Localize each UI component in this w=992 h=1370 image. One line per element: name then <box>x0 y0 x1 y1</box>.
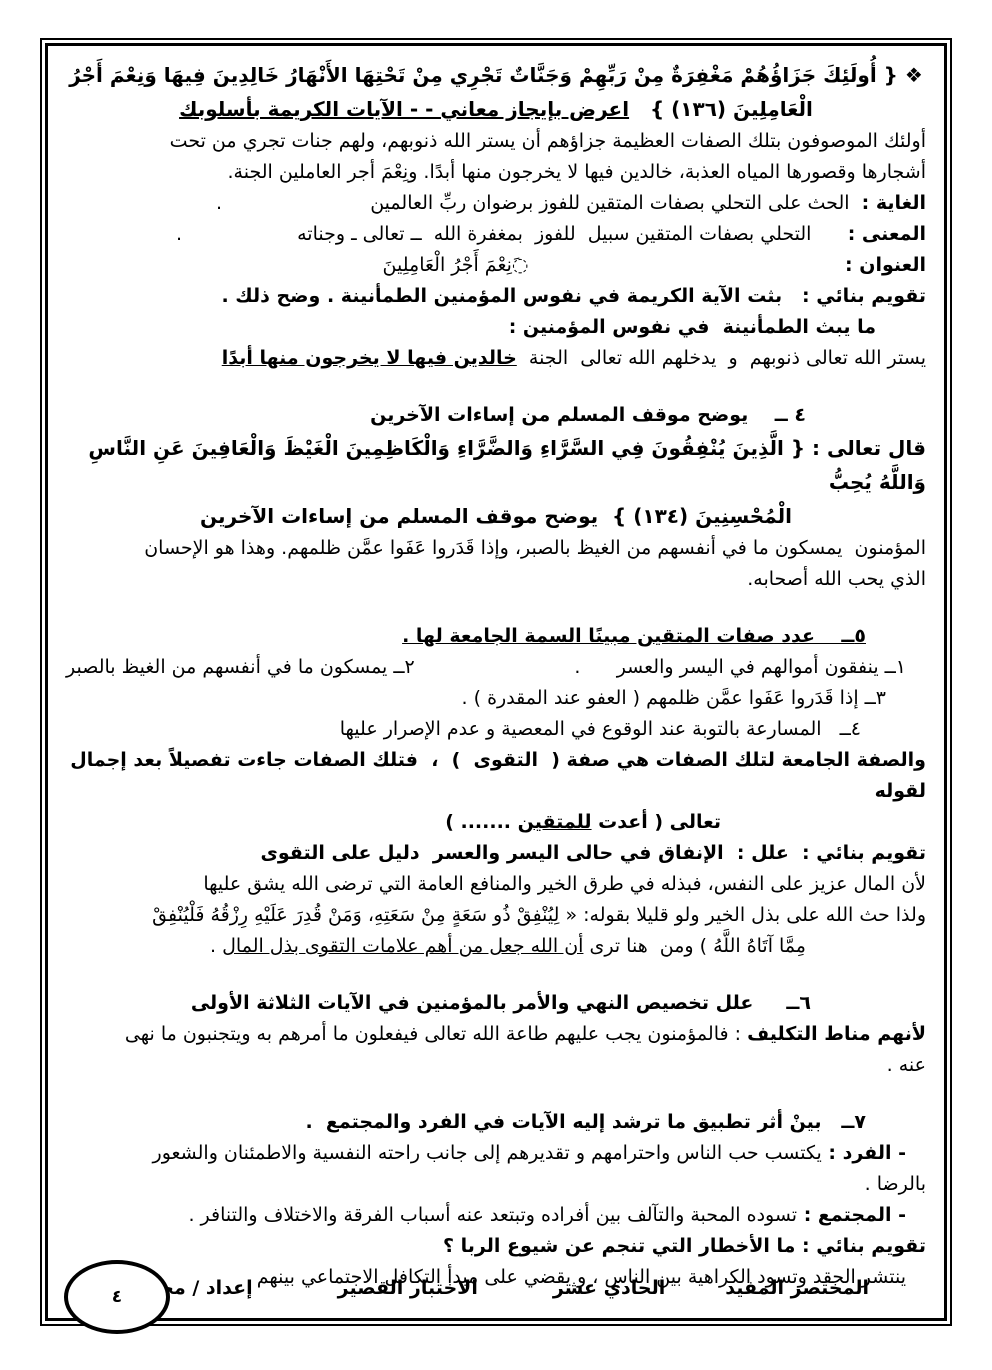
meaning-text: التحلي بصفات المتقين سبيل للفوز بمغفرة ا… <box>297 219 848 250</box>
question4-answer-line1: المؤمنون يمسكون ما في أنفسهم من الغيظ با… <box>66 533 926 564</box>
title-text: ◌َنِعْمَ أَجْرُ الْعَامِلِينَ <box>66 250 845 281</box>
trait-item-3: ٣ــ إذا قَدَروا عَفَوا عمَّن ظلمهم ( الع… <box>66 683 886 714</box>
constructive-eval-1: تقويم بنائي : بثت الآية الكريمة في نفوس … <box>66 281 926 312</box>
reassurance-answer: يستر الله تعالى ذنوبهم و يدخلهم الله تعا… <box>66 343 926 374</box>
title-label: العنوان : <box>845 250 926 281</box>
question7-heading: ٧ــ بينْ أثر تطبيق ما ترشد إليه الآيات ف… <box>66 1107 866 1138</box>
society-label: - المجتمع : <box>797 1204 906 1226</box>
question6-lead: لأنهم مناط التكليف <box>747 1023 926 1045</box>
question6-heading: ٦ــ علل تخصيص النهي والأمر بالمؤمنين في … <box>66 988 811 1019</box>
meaning-line: المعنى : التحلي بصفات المتقين سبيل للفوز… <box>66 219 926 250</box>
individual-effect-line2: بالرضا . <box>66 1169 926 1200</box>
summary-underlined: للمتقين <box>518 811 592 833</box>
answer-text: يستر الله تعالى ذنوبهم و يدخلهم الله تعا… <box>517 347 926 369</box>
meaning-period: . <box>176 219 182 250</box>
verse-explanation-line1: أولئك الموصوفون بتلك الصفات العظيمة جزاؤ… <box>66 126 926 157</box>
society-effect-line: - المجتمع : تسوده المحبة والتآلف بين أفر… <box>66 1200 906 1231</box>
hadith-end: مِمَّا آتَاهُ اللَّهُ ) ومن هنا ترى <box>583 935 806 957</box>
goal-text: الحث على التحلي بصفات المتقين للفوز برضو… <box>370 188 861 219</box>
constructive-eval-3: تقويم بنائي : ما الأخطار التي تنجم عن شي… <box>66 1231 926 1262</box>
question4-heading: ٤ ــ يوضح موقف المسلم من إساءات الآخرين <box>66 400 806 431</box>
society-text: تسوده المحبة والتآلف بين أفراده وتبتعد ع… <box>188 1204 797 1226</box>
verse-text: { أُولَئِكَ جَزَاؤُهُمْ مَغْفِرَةٌ مِنْ … <box>69 63 898 87</box>
title-line: العنوان : ◌َنِعْمَ أَجْرُ الْعَامِلِينَ <box>66 250 926 281</box>
constructive-eval-2: تقويم بنائي : علل : الإنفاق في حالى اليس… <box>66 838 926 869</box>
footer-grade: الحادي عشر <box>553 1277 665 1299</box>
footer-book-title: المختصر المفيد <box>725 1277 869 1299</box>
page-number: ٤ <box>112 1287 122 1307</box>
unifying-trait-line1: والصفة الجامعة لتلك الصفات هي صفة ( التق… <box>66 745 926 807</box>
question6-answer-line2: عنه . <box>66 1050 926 1081</box>
quran-verse-136-line2: الْعَامِلِينَ (١٣٦) } اعرض بإيجاز معاني … <box>66 92 926 126</box>
goal-line: الغاية : الحث على التحلي بصفات المتقين ل… <box>66 188 926 219</box>
unifying-trait-line2: تعالى ( أعدت للمتقين ....... ) <box>66 807 721 838</box>
question4-answer-line2: الذي يحب الله أصحابه. <box>66 564 926 595</box>
goal-period: . <box>216 188 222 219</box>
conclusion-period: . <box>210 935 222 957</box>
trait-item-2: ٢ــ يمسكون ما في أنفسهم من الغيظ بالصبر <box>66 652 415 683</box>
question5-heading: ٥ــ عدد صفات المتقين مبينًا السمة الجامع… <box>66 621 866 652</box>
document-content: ❖ { أُولَئِكَ جَزَاؤُهُمْ مَغْفِرَةٌ مِن… <box>48 46 944 1293</box>
quran-verse-136-line1: ❖ { أُولَئِكَ جَزَاؤُهُمْ مَغْفِرَةٌ مِن… <box>66 58 926 92</box>
reassurance-question: ما يبث الطمأنينة في نفوس المؤمنين : <box>66 312 876 343</box>
goal-label: الغاية : <box>862 188 926 219</box>
quran-verse-134-line1: قال تعالى : { الَّذِينَ يُنْفِقُونَ فِي … <box>66 431 926 499</box>
question5-heading-text: ٥ــ عدد صفات المتقين مبينًا السمة الجامع… <box>402 625 866 647</box>
individual-text: يكتسب حب الناس واحترامهم و تقديرهم إلى ج… <box>153 1142 822 1164</box>
individual-label: - الفرد : <box>822 1142 906 1164</box>
summary-post: ....... ) <box>445 811 517 833</box>
question5-answer-line1: لأن المال عزيز على النفس، فبذله في طرق ا… <box>66 869 926 900</box>
page-border-inner: ❖ { أُولَئِكَ جَزَاؤُهُمْ مَغْفِرَةٌ مِن… <box>45 43 947 1321</box>
meaning-label: المعنى : <box>848 219 926 250</box>
page-border-outer: ❖ { أُولَئِكَ جَزَاؤُهُمْ مَغْفِرَةٌ مِن… <box>40 38 952 1326</box>
trait-item-1: ١ــ ينفقون أموالهم في اليسر والعسر . <box>574 652 906 683</box>
individual-effect-line1: - الفرد : يكتسب حب الناس واحترامهم و تقد… <box>66 1138 906 1169</box>
worksheet-page: { "intro": { "bullet": "❖", "verse_l1": … <box>0 0 992 1370</box>
question5-answer-line3: مِمَّا آتَاهُ اللَّهُ ) ومن هنا ترى أن ا… <box>66 931 806 962</box>
verse-explanation-line2: أشجارها وقصورها المياه العذبة، خالدين في… <box>66 157 926 188</box>
footer-exam-type: الاختبار القصير <box>338 1277 478 1299</box>
page-footer: المختصر المفيد الحادي عشر الاختبار القصي… <box>48 1268 944 1308</box>
question6-answer-line1: لأنهم مناط التكليف : فالمؤمنون يجب عليهم… <box>66 1019 926 1050</box>
summary-pre: تعالى ( أعدت <box>592 811 721 833</box>
quran-verse-134-line2: الْمُحْسِنِينَ (١٣٤) } يوضح موقف المسلم … <box>66 499 926 533</box>
question5-answer-line2: ولذا حث الله على بذل الخير ولو قليلا بقو… <box>66 900 926 931</box>
answer-underlined: خالدين فيها لا يخرجون منها أبدًا <box>222 347 517 369</box>
page-number-badge: ٤ <box>64 1260 170 1334</box>
taqwa-conclusion-underlined: أن الله جعل من أهم علامات التقوى بذل الم… <box>222 935 583 957</box>
verse-end: الْعَامِلِينَ (١٣٦) } <box>629 97 813 121</box>
directive-text: اعرض بإيجاز معاني - - الآيات الكريمة بأس… <box>179 97 629 121</box>
question5-items-row: ١ــ ينفقون أموالهم في اليسر والعسر . ٢ــ… <box>66 652 906 683</box>
trait-item-4: ٤ــ المسارعة بالتوبة عند الوقوع في المعص… <box>66 714 861 745</box>
question6-answer-text: : فالمؤمنون يجب عليهم طاعة الله تعالى في… <box>125 1023 747 1045</box>
diamond-bullet-icon: ❖ <box>905 63 923 87</box>
